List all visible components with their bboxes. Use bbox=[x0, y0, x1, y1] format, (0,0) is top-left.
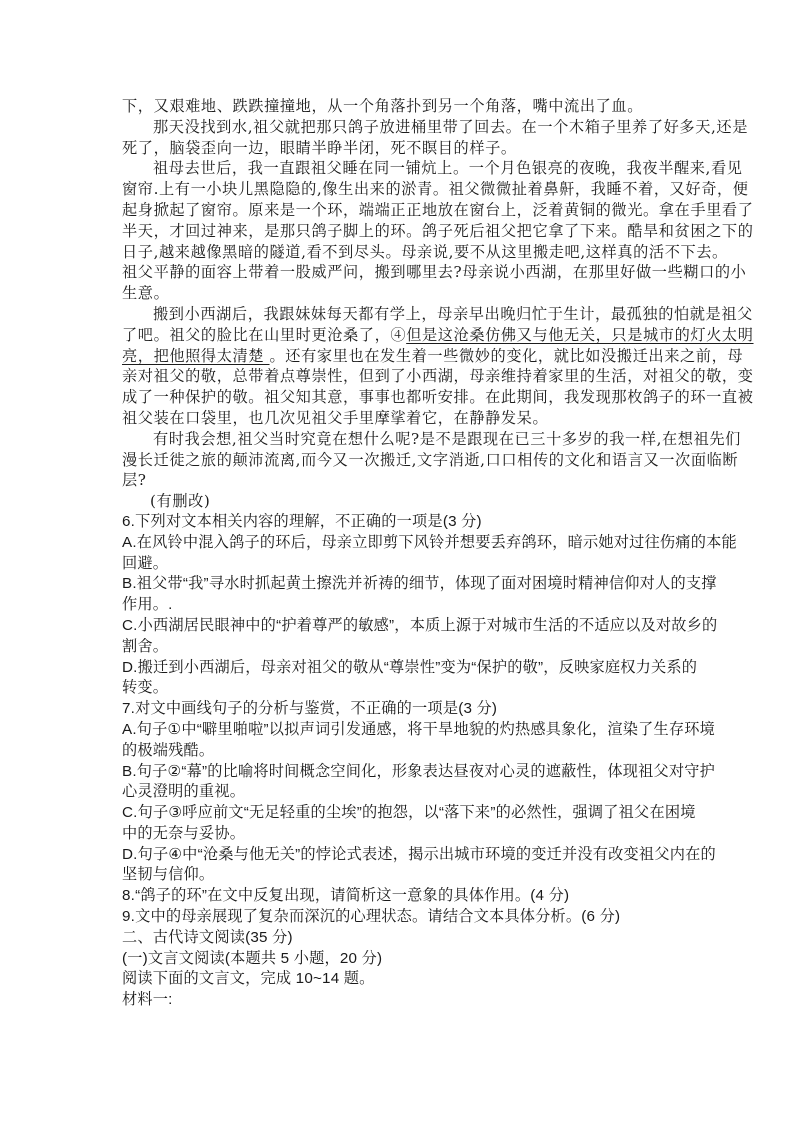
question-7-option-b-cont: 心灵澄明的重视。 bbox=[122, 782, 678, 803]
question-6-option-c-cont: 割舍。 bbox=[122, 637, 678, 658]
question-6-option-c: C.小西湖居民眼神中的“护着尊严的敏感”，本质上源于对城市生活的不适应以及对故乡… bbox=[122, 616, 678, 637]
question-7-option-a-cont: 的极端残酷。 bbox=[122, 741, 678, 762]
question-6-stem: 6.下列对文本相关内容的理解，不正确的一项是(3 分) bbox=[122, 512, 678, 533]
passage-line: 搬到小西湖后，我跟妹妹每天都有学上，母亲早出晚归忙于生计，最孤独的怕就是祖父 bbox=[122, 304, 678, 325]
section-2-instruction: 阅读下面的文言文，完成 10~14 题。 bbox=[122, 969, 678, 990]
passage-line: 祖父装在口袋里，也几次见祖父手里摩挲着它，在静静发呆。 bbox=[122, 408, 678, 429]
question-7-option-a: A.句子①中“噼里啪啦”以拟声词引发通感，将干旱地貌的灼热感具象化，渲染了生存环… bbox=[122, 720, 678, 741]
question-6-option-a: A.在风铃中混入鸽子的环后，母亲立即剪下风铃并想要丢弃鸽环，暗示她对过往伤痛的本… bbox=[122, 533, 678, 554]
passage-line: 祖父平静的面容上带着一股威严问，搬到哪里去?母亲说小西湖，在那里好做一些糊口的小 bbox=[122, 262, 678, 283]
questions-section: 6.下列对文本相关内容的理解，不正确的一项是(3 分) A.在风铃中混入鸽子的环… bbox=[122, 512, 678, 1011]
passage-line: 生意。 bbox=[122, 283, 678, 304]
passage-line: 了吧。祖父的脸比在山里时更沧桑了，④但是这沧桑仿佛又与他无关，只是城市的灯火太明 bbox=[122, 325, 678, 346]
passage-line: 祖母去世后，我一直跟祖父睡在同一铺炕上。一个月色银亮的夜晚，我夜半醒来,看见 bbox=[122, 158, 678, 179]
passage-line: 层? bbox=[122, 470, 678, 491]
passage-text: 。还有家里也在发生着一些微妙的变化，就比如没搬迁出来之前，母 bbox=[270, 347, 744, 365]
question-7-option-b: B.句子②“幕”的比喻将时间概念空间化，形象表达昼夜对心灵的遮蔽性，体现祖父对守… bbox=[122, 762, 678, 783]
passage-line: 亮，把他照得太清楚 。还有家里也在发生着一些微妙的变化，就比如没搬迁出来之前，母 bbox=[122, 346, 678, 367]
question-8-stem: 8.“鸽子的环”在文中反复出现，请简析这一意象的具体作用。(4 分) bbox=[122, 886, 678, 907]
question-7-option-d: D.句子④中“沧桑与他无关”的悖论式表述，揭示出城市环境的变迁并没有改变祖父内在… bbox=[122, 845, 678, 866]
section-2-subheading: (一)文言文阅读(本题共 5 小题，20 分) bbox=[122, 949, 678, 970]
passage-line: 亲对祖父的敬，总带着点尊崇性，但到了小西湖，母亲维持着家里的生活，对祖父的敬，变 bbox=[122, 366, 678, 387]
section-2-heading: 二、古代诗文阅读(35 分) bbox=[122, 928, 678, 949]
question-7-stem: 7.对文中画线句子的分析与鉴赏，不正确的一项是(3 分) bbox=[122, 699, 678, 720]
passage-line: 窗帘.上有一小块儿黑隐隐的,像生出来的淤青。祖父微微扯着鼻鼾，我睡不着，又好奇，… bbox=[122, 179, 678, 200]
material-label: 材料一: bbox=[122, 990, 678, 1011]
underlined-sentence-4: 但是这沧桑仿佛又与他无关，只是城市的灯火太明 bbox=[406, 326, 753, 344]
question-9-stem: 9.文中的母亲展现了复杂而深沉的心理状态。请结合文本具体分析。(6 分) bbox=[122, 907, 678, 928]
question-6-option-a-cont: 回避。 bbox=[122, 554, 678, 575]
passage-line: 起身掀起了窗帘。原来是一个环，端端正正地放在窗台上，泛着黄铜的微光。拿在手里看了 bbox=[122, 200, 678, 221]
passage-line: 日子,越来越像黑暗的隧道,看不到尽头。母亲说,要不从这里搬走吧,这样真的活不下去… bbox=[122, 242, 678, 263]
passage-line: 有时我会想,祖父当时究竟在想什么呢?是不是跟现在已三十多岁的我一样,在想祖先们 bbox=[122, 429, 678, 450]
source-note: (有删改) bbox=[122, 491, 678, 512]
reading-passage: 下，又艰难地、跌跌撞撞地，从一个角落扑到另一个角落，嘴中流出了血。 那天没找到水… bbox=[122, 96, 678, 512]
question-6-option-b-cont: 作用。. bbox=[122, 595, 678, 616]
question-6-option-d-cont: 转变。 bbox=[122, 678, 678, 699]
question-7-option-c-cont: 中的无奈与妥协。 bbox=[122, 824, 678, 845]
underlined-sentence-4: 亮，把他照得太清楚 bbox=[122, 347, 270, 365]
question-7-option-d-cont: 坚韧与信仰。 bbox=[122, 865, 678, 886]
question-6-option-d: D.搬迁到小西湖后，母亲对祖父的敬从“尊崇性”变为“保护的敬”，反映家庭权力关系… bbox=[122, 658, 678, 679]
passage-line: 死了，脑袋歪向一边，眼睛半睁半闭，死不瞑目的样子。 bbox=[122, 138, 678, 159]
question-6-option-b: B.祖父带“我”寻水时抓起黄土擦洗并祈祷的细节，体现了面对困境时精神信仰对人的支… bbox=[122, 574, 678, 595]
passage-line: 成了一种保护的敬。祖父知其意，事事也都听安排。在此期间，我发现那枚鸽子的环一直被 bbox=[122, 387, 678, 408]
passage-line: 下，又艰难地、跌跌撞撞地，从一个角落扑到另一个角落，嘴中流出了血。 bbox=[122, 96, 678, 117]
passage-line: 漫长迁徙之旅的颠沛流离,而今又一次搬迁,文字消逝,口口相传的文化和语言又一次面临… bbox=[122, 450, 678, 471]
passage-line: 半天，才回过神来，是那只鸽子脚上的环。鸽子死后祖父把它拿了下来。酷旱和贫困之下的 bbox=[122, 221, 678, 242]
passage-text: 了吧。祖父的脸比在山里时更沧桑了，④ bbox=[122, 326, 406, 344]
passage-line: 那天没找到水,祖父就把那只鸽子放进桶里带了回去。在一个木箱子里养了好多天,还是 bbox=[122, 117, 678, 138]
question-7-option-c: C.句子③呼应前文“无足轻重的尘埃”的抱怨，以“落下来”的必然性，强调了祖父在困… bbox=[122, 803, 678, 824]
exam-page: 下，又艰难地、跌跌撞撞地，从一个角落扑到另一个角落，嘴中流出了血。 那天没找到水… bbox=[122, 96, 678, 1011]
